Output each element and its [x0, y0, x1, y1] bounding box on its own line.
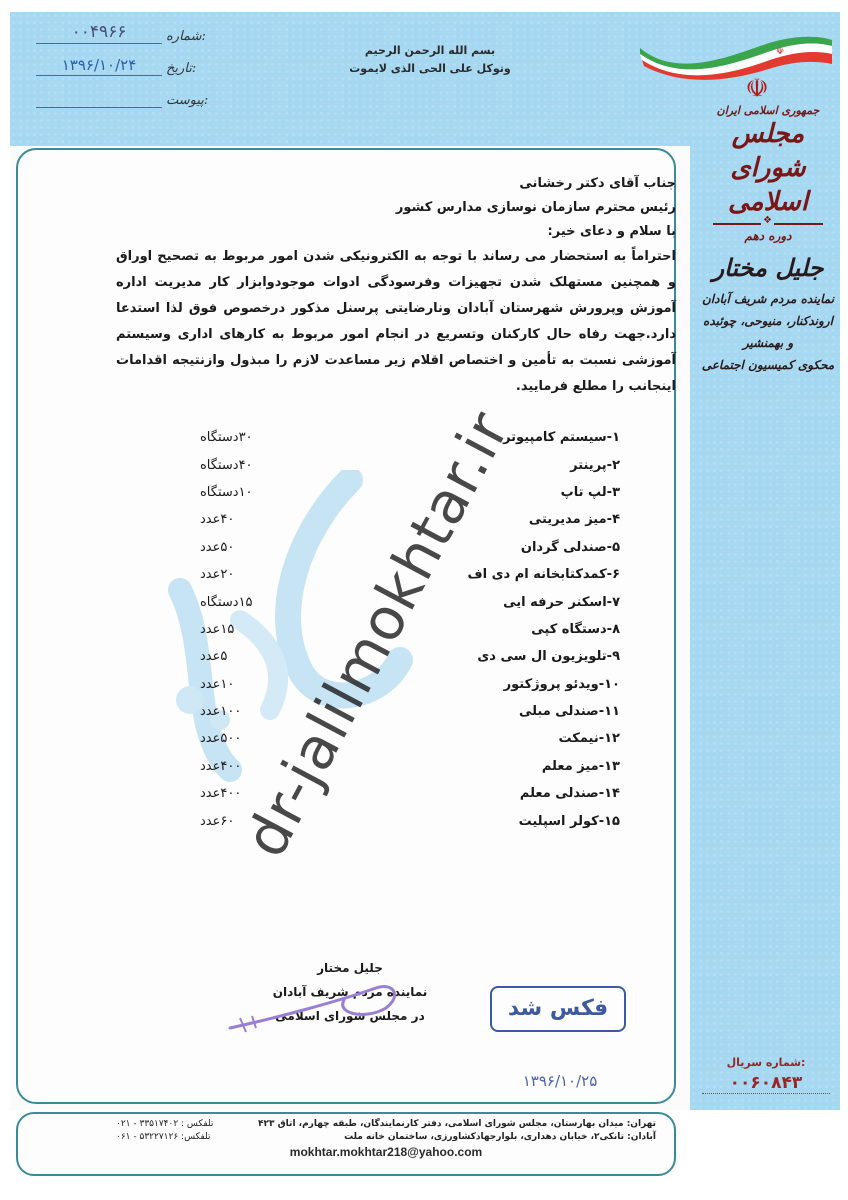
serial-label: شماره سریال:: [702, 1056, 830, 1069]
item-name: ۹-تلویزیون ال سی دی: [477, 649, 620, 664]
iran-flag-ribbon-icon: ☫: [636, 18, 836, 80]
list-item: ۱۰-ویدئو پروژکتور۱۰عدد: [200, 671, 620, 698]
recipient-title: رئیس محترم سازمان نوسازی مدارس کشور: [116, 196, 676, 220]
item-name: ۶-کمدکتابخانه ام دی اف: [468, 567, 620, 582]
abadan-address: آبادان: تانکی۲، خیابان دهداری، بلوارجهاد…: [344, 1131, 656, 1144]
bismillah: بسم الله الرحمن الرحیم وتوکل علی الحی ال…: [330, 42, 530, 78]
iran-emblem-icon: ☫: [742, 72, 772, 106]
item-quantity: ۱۵عدد: [200, 622, 320, 637]
item-name: ۱۱-صندلی مبلی: [519, 704, 620, 719]
letter-date-field: تاریخ: ۱۳۹۶/۱۰/۲۴: [36, 56, 196, 76]
item-name: ۲-پرینتر: [570, 458, 620, 473]
item-quantity: ۱۰دستگاه: [200, 485, 320, 500]
item-name: ۵-صندلی گردان: [521, 540, 620, 555]
item-name: ۴-میز مدیریتی: [529, 512, 620, 527]
list-item: ۲-پرینتر۴۰دستگاه: [200, 451, 620, 478]
tehran-address: تهران: میدان بهارستان، مجلس شورای اسلامی…: [258, 1118, 656, 1131]
footer-email: mokhtar.mokhtar218@yahoo.com: [116, 1145, 656, 1159]
item-name: ۱۳-میز معلم: [542, 759, 620, 774]
list-item: ۱۱-صندلی مبلی۱۰۰عدد: [200, 698, 620, 725]
abadan-phone: تلفکس: ۵۳۲۲۷۱۲۶ - ۰۶۱: [116, 1131, 211, 1144]
recipient-block: جناب آقای دکتر رخشانی رئیس محترم سازمان …: [116, 172, 676, 244]
letter-content: جناب آقای دکتر رخشانی رئیس محترم سازمان …: [116, 172, 676, 400]
letter-date-label: تاریخ:: [166, 61, 196, 76]
attachment-label: پیوست:: [166, 93, 208, 108]
majlis-logo: جمهوری اسلامی ایران مجلس شورای اسلامی دو…: [700, 104, 836, 243]
parliament-term: دوره دهم: [700, 229, 836, 243]
item-name: ۱۴-صندلی معلم: [520, 786, 620, 801]
item-quantity: ۲۰عدد: [200, 567, 320, 582]
item-name: ۱۰-ویدئو پروژکتور: [504, 677, 620, 692]
representative-line-2: اروندکنار، منیوحی، چوئبده و بهمنشیر: [700, 310, 836, 354]
fax-sent-stamp: فکس شد: [490, 986, 626, 1032]
item-quantity: ۴۰عدد: [200, 512, 320, 527]
majlis-title-line-2: اسلامی: [700, 185, 836, 219]
item-quantity: ۳۰دستگاه: [200, 430, 320, 445]
representative-line-1: نماینده مردم شریف آبادان: [700, 288, 836, 310]
bismillah-line-1: بسم الله الرحمن الرحیم: [330, 42, 530, 60]
letter-number-label: شماره:: [166, 29, 206, 44]
handwritten-signature-icon: [226, 984, 406, 1034]
list-item: ۹-تلویزیون ال سی دی۵عدد: [200, 643, 620, 670]
tehran-phone: تلفکس : ۳۳۵۱۷۴۰۲ - ۰۲۱: [116, 1118, 213, 1131]
letter-number-field: شماره: ۰۰۴۹۶۶: [36, 22, 206, 44]
list-item: ۱۲-نیمکت۵۰۰عدد: [200, 725, 620, 752]
list-item: ۱-سیستم کامپیوتر۳۰دستگاه: [200, 424, 620, 451]
svg-text:☫: ☫: [776, 47, 784, 57]
republic-label: جمهوری اسلامی ایران: [700, 104, 836, 117]
footer-contact: تهران: میدان بهارستان، مجلس شورای اسلامی…: [116, 1118, 656, 1159]
item-quantity: ۵عدد: [200, 649, 320, 664]
footer-row-tehran: تهران: میدان بهارستان، مجلس شورای اسلامی…: [116, 1118, 656, 1131]
item-name: ۱۵-کولر اسپلیت: [519, 814, 620, 829]
signature-name: جلیل مختار: [270, 956, 430, 980]
item-quantity: ۱۵دستگاه: [200, 595, 320, 610]
recipient-name: جناب آقای دکتر رخشانی: [116, 172, 676, 196]
serial-value: ۰۰۶۰۸۴۳: [702, 1073, 830, 1094]
letter-body: احتراماً به استحضار می رساند با توجه به …: [116, 244, 676, 400]
letter-date-value: ۱۳۹۶/۱۰/۲۴: [36, 56, 162, 76]
representative-name: جلیل مختار: [700, 248, 836, 288]
item-quantity: ۴۰دستگاه: [200, 458, 320, 473]
majlis-title-line-1: مجلس شورای: [700, 117, 836, 185]
serial-number: شماره سریال: ۰۰۶۰۸۴۳: [702, 1056, 830, 1094]
representative-block: جلیل مختار نماینده مردم شریف آبادان ارون…: [700, 248, 836, 376]
salutation: با سلام و دعای خیر:: [116, 220, 676, 244]
item-name: ۱۲-نیمکت: [559, 731, 621, 746]
bismillah-line-2: وتوکل علی الحی الذی لایموت: [330, 60, 530, 78]
item-quantity: ۱۰عدد: [200, 677, 320, 692]
item-name: ۷-اسکنر حرفه ایی: [503, 595, 620, 610]
item-name: ۳-لپ تاپ: [561, 485, 620, 500]
representative-line-3: محکوی کمیسیون اجتماعی: [700, 354, 836, 376]
fax-stamp-date: ۱۳۹۶/۱۰/۲۵: [500, 1072, 620, 1090]
footer-row-abadan: آبادان: تانکی۲، خیابان دهداری، بلوارجهاد…: [116, 1131, 656, 1144]
item-quantity: ۵۰عدد: [200, 540, 320, 555]
letter-number-value: ۰۰۴۹۶۶: [36, 22, 162, 44]
ornament-divider: [713, 223, 823, 225]
attachment-value: [36, 88, 162, 108]
item-name: ۸-دستگاه کپی: [531, 622, 620, 637]
attachment-field: پیوست:: [36, 88, 208, 108]
